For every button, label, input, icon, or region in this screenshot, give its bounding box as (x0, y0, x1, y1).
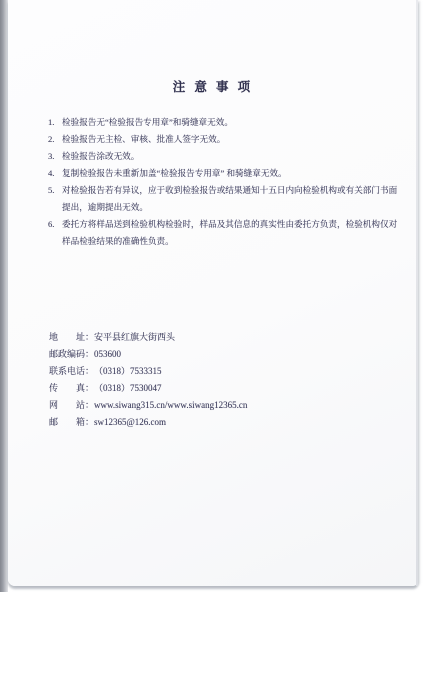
notes-list: 1. 检验报告无“检验报告专用章”和骑缝章无效。 2. 检验报告无主检、审核、批… (48, 114, 404, 250)
contact-info-block: 地 址： 安平县红旗大街西头 邮政编码： 053600 联系电话： （0318）… (49, 329, 389, 431)
note-item-5: 5. 对检验报告若有异议，应于收到检验报告或结果通知十五日内向检验机构或有关部门… (48, 182, 404, 216)
document-paper: 注 意 事 项 1. 检验报告无“检验报告专用章”和骑缝章无效。 2. 检验报告… (8, 0, 418, 586)
contact-label: 网 站： (49, 397, 94, 414)
contact-row-postcode: 邮政编码： 053600 (49, 346, 389, 363)
contact-label: 传 真： (49, 380, 94, 397)
contact-value: 053600 (94, 346, 121, 363)
contact-value: www.siwang315.cn/www.siwang12365.cn (94, 397, 247, 414)
contact-value: （0318）7530047 (94, 380, 162, 397)
scanned-document-page: { "page": { "title": "注 意 事 项", "notes":… (0, 0, 424, 700)
note-item-3: 3. 检验报告涂改无效。 (48, 148, 404, 165)
note-number: 1. (48, 114, 62, 131)
note-text: 检验报告涂改无效。 (62, 148, 404, 165)
contact-label: 邮 箱： (49, 414, 94, 431)
note-number: 4. (48, 165, 62, 182)
contact-row-address: 地 址： 安平县红旗大街西头 (49, 329, 389, 346)
note-item-1: 1. 检验报告无“检验报告专用章”和骑缝章无效。 (48, 114, 404, 131)
note-number: 6. (48, 216, 62, 250)
contact-value: 安平县红旗大街西头 (94, 329, 175, 346)
contact-label: 地 址： (49, 329, 94, 346)
page-title: 注 意 事 项 (8, 77, 418, 95)
contact-row-phone: 联系电话： （0318）7533315 (49, 363, 389, 380)
note-number: 3. (48, 148, 62, 165)
scanner-edge-shadow (0, 0, 8, 592)
note-number: 5. (48, 182, 62, 216)
note-text: 对检验报告若有异议，应于收到检验报告或结果通知十五日内向检验机构或有关部门书面提… (62, 182, 404, 216)
note-number: 2. (48, 131, 62, 148)
note-item-2: 2. 检验报告无主检、审核、批准人签字无效。 (48, 131, 404, 148)
contact-label: 邮政编码： (49, 346, 94, 363)
contact-row-website: 网 站： www.siwang315.cn/www.siwang12365.cn (49, 397, 389, 414)
contact-row-fax: 传 真： （0318）7530047 (49, 380, 389, 397)
contact-row-email: 邮 箱： sw12365@126.com (49, 414, 389, 431)
note-text: 复制检验报告未重新加盖“检验报告专用章” 和骑缝章无效。 (62, 165, 404, 182)
note-item-4: 4. 复制检验报告未重新加盖“检验报告专用章” 和骑缝章无效。 (48, 165, 404, 182)
note-item-6: 6. 委托方将样品送到检验机构检验时，样品及其信息的真实性由委托方负责，检验机构… (48, 216, 404, 250)
contact-value: sw12365@126.com (94, 414, 166, 431)
contact-value: （0318）7533315 (94, 363, 162, 380)
note-text: 检验报告无主检、审核、批准人签字无效。 (62, 131, 404, 148)
contact-label: 联系电话： (49, 363, 94, 380)
note-text: 检验报告无“检验报告专用章”和骑缝章无效。 (62, 114, 404, 131)
note-text: 委托方将样品送到检验机构检验时，样品及其信息的真实性由委托方负责，检验机构仅对样… (62, 216, 404, 250)
